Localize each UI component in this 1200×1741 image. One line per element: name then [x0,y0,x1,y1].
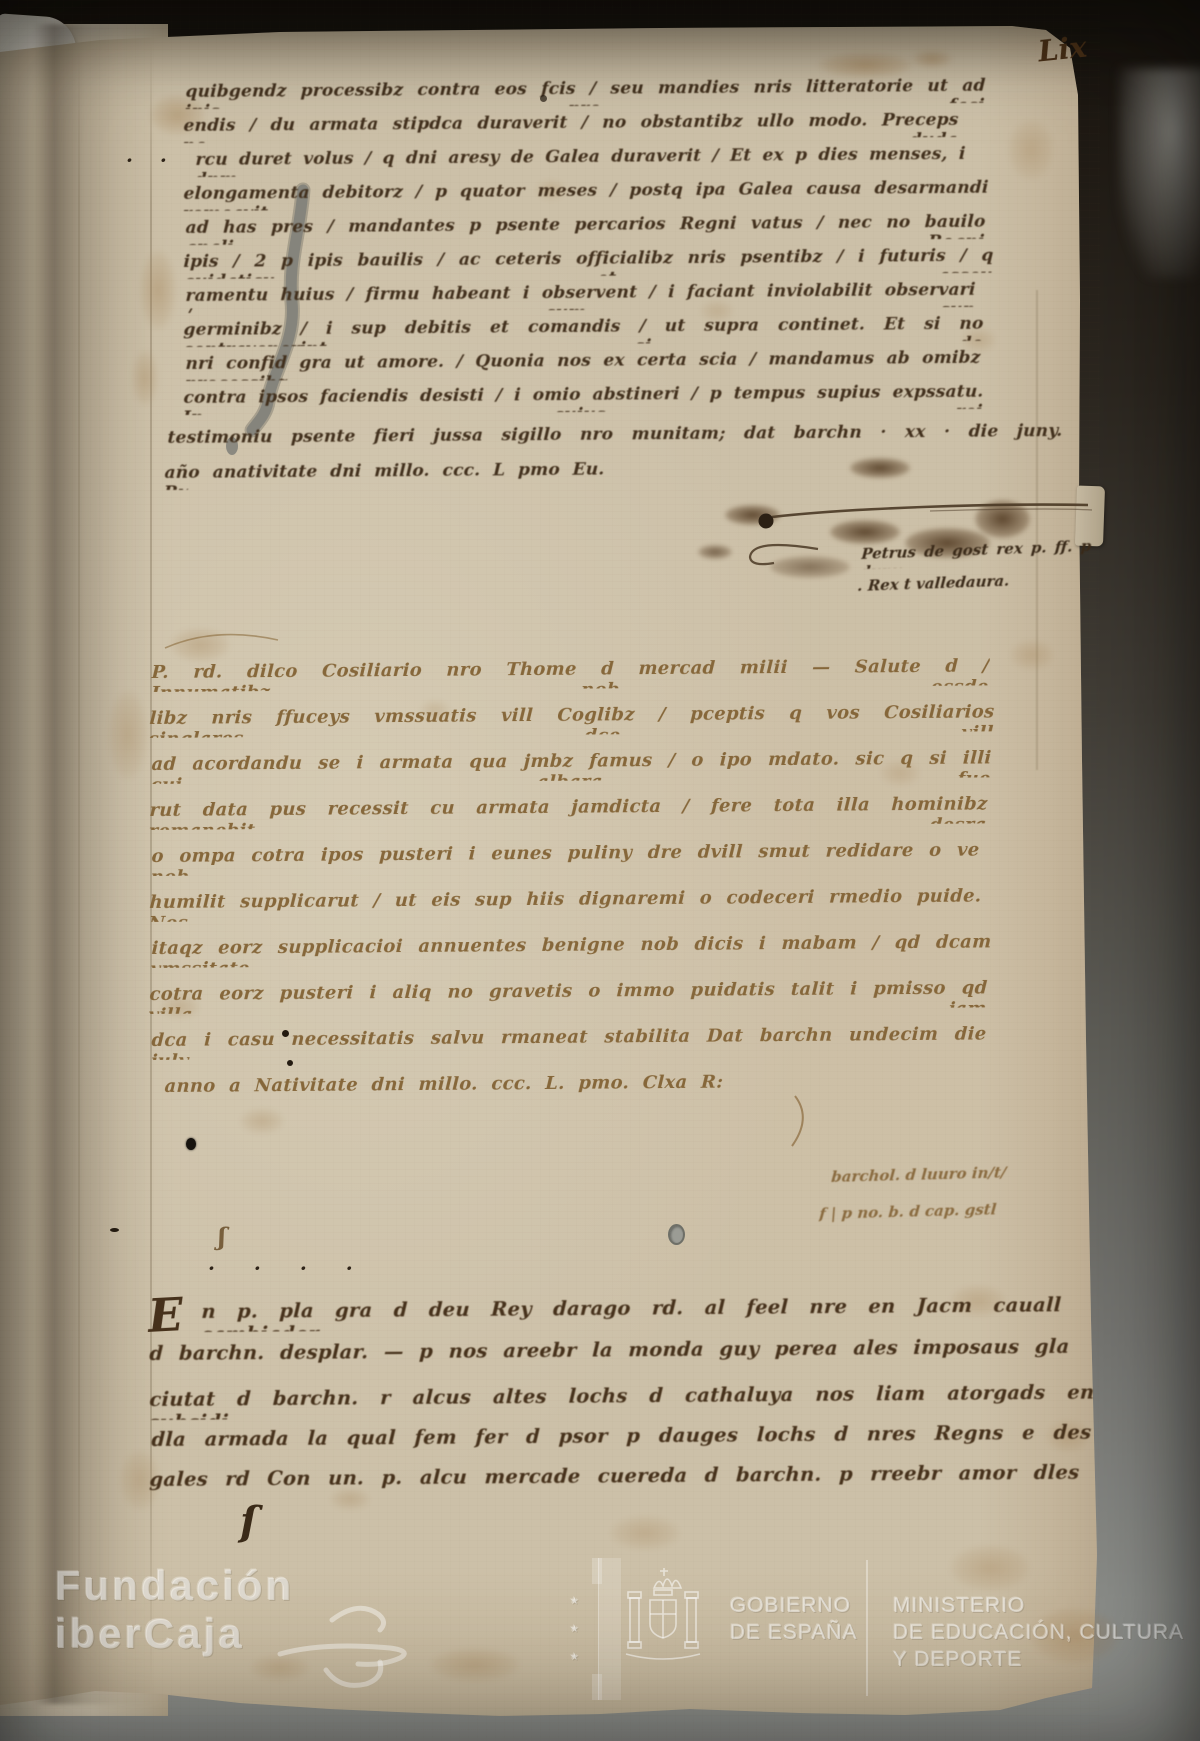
manuscript-line: año anativitate dni millo. ccc. L pmo Eu… [164,460,605,490]
ibercaja-logo-icon [262,1592,422,1702]
watermark-fundacion-line2: iberCaja [55,1610,245,1658]
folio-number: Lix [1036,30,1088,69]
watermark-ministerio-line1: MINISTERIO [893,1594,1026,1618]
watermark-ministerio-line2: DE EDUCACIÓN, CULTURA [893,1621,1184,1645]
flag-bracket-notch [592,1558,602,1584]
stray-hook-mark: ʃ [218,1222,226,1251]
initial-capital: E [147,1287,185,1343]
margin-dots: · · [126,148,177,172]
wormhole [186,1138,196,1150]
coat-of-arms-icon [624,1562,720,1682]
flag-bracket-notch [592,1674,602,1700]
manuscript-photo: Lix quibgendz processibz contra eos fcis… [0,0,1200,1741]
watermark-gobierno-line1: GOBIERNO [730,1594,851,1618]
ink-fleck [282,1030,289,1037]
stray-stroke-mark: ſ [240,1498,257,1545]
watermark-divider [866,1560,868,1696]
ink-fleck [110,1228,119,1232]
grey-spot [668,1224,685,1245]
manuscript-line: anno a Nativitate dni millo. ccc. L. pmo… [164,1072,725,1106]
watermark-gobierno-line2: DE ESPAÑA [730,1621,858,1645]
ink-fleck [540,95,547,102]
flag-stars-icon: ★★★ [570,1588,579,1672]
backdrop-highlight [1118,68,1200,278]
watermark-fundacion-line1: Fundación [55,1562,294,1610]
manuscript-line: n p. pla gra d deu Rey darago rd. al fee… [201,1293,1062,1332]
four-dots-mark: · · · · [208,1256,369,1280]
ink-fleck [287,1060,293,1066]
watermark-ministerio-line3: Y DEPORTE [893,1648,1023,1672]
